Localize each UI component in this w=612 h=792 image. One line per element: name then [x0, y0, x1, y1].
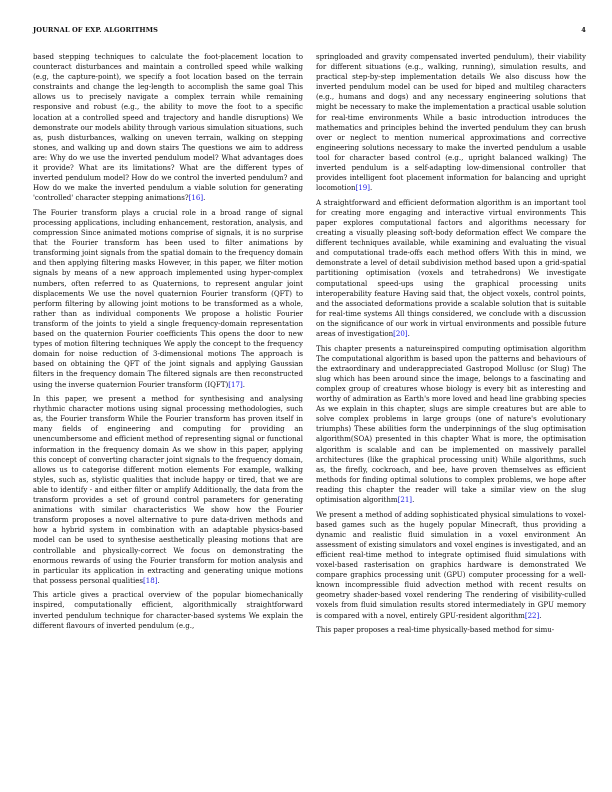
left-column: based stepping techniques to calculate t… [33, 52, 303, 635]
paragraph-text: based stepping techniques to calculate t… [33, 52, 303, 202]
paragraph-text: A straightforward and efficient deformat… [316, 198, 586, 338]
paragraph: This article gives a practical overview … [33, 590, 303, 630]
paragraph: We present a method of adding sophistica… [316, 510, 586, 621]
punctuation: . [243, 380, 245, 389]
punctuation: . [408, 329, 410, 338]
paragraph-text: This paper proposes a real-time physical… [316, 625, 554, 634]
paragraph-text: In this paper, we present a method for s… [33, 394, 303, 585]
paragraph: springloaded and gravity compensated inv… [316, 52, 586, 193]
punctuation: . [158, 576, 160, 585]
citation-link[interactable]: [18] [143, 576, 157, 585]
punctuation: . [412, 495, 414, 504]
paragraph-text: springloaded and gravity compensated inv… [316, 52, 586, 192]
paragraph: In this paper, we present a method for s… [33, 394, 303, 586]
paper-page: JOURNAL OF EXP. ALGORITHMS 4 based stepp… [0, 0, 612, 792]
punctuation: . [370, 183, 372, 192]
citation-link[interactable]: [21] [398, 495, 412, 504]
citation-link[interactable]: [16] [189, 193, 203, 202]
citation-link[interactable]: [17] [228, 380, 242, 389]
punctuation: . [539, 611, 541, 620]
running-header: JOURNAL OF EXP. ALGORITHMS 4 [33, 26, 586, 38]
paragraph-text: We present a method of adding sophistica… [316, 510, 586, 620]
page-number: 4 [581, 26, 586, 34]
paragraph-text: This chapter presents a natureinspired c… [316, 344, 586, 504]
paragraph: This paper proposes a real-time physical… [316, 625, 586, 635]
citation-link[interactable]: [22] [525, 611, 539, 620]
right-column: springloaded and gravity compensated inv… [316, 52, 586, 640]
citation-link[interactable]: [20] [393, 329, 407, 338]
paragraph: This chapter presents a natureinspired c… [316, 344, 586, 506]
paragraph: based stepping techniques to calculate t… [33, 52, 303, 203]
citation-link[interactable]: [19] [355, 183, 369, 192]
paragraph-text: This article gives a practical overview … [33, 590, 303, 629]
paragraph: A straightforward and efficient deformat… [316, 198, 586, 339]
punctuation: . [203, 193, 205, 202]
paragraph-text: The Fourier transform plays a crucial ro… [33, 208, 303, 389]
paragraph: The Fourier transform plays a crucial ro… [33, 208, 303, 390]
journal-title: JOURNAL OF EXP. ALGORITHMS [33, 26, 158, 34]
